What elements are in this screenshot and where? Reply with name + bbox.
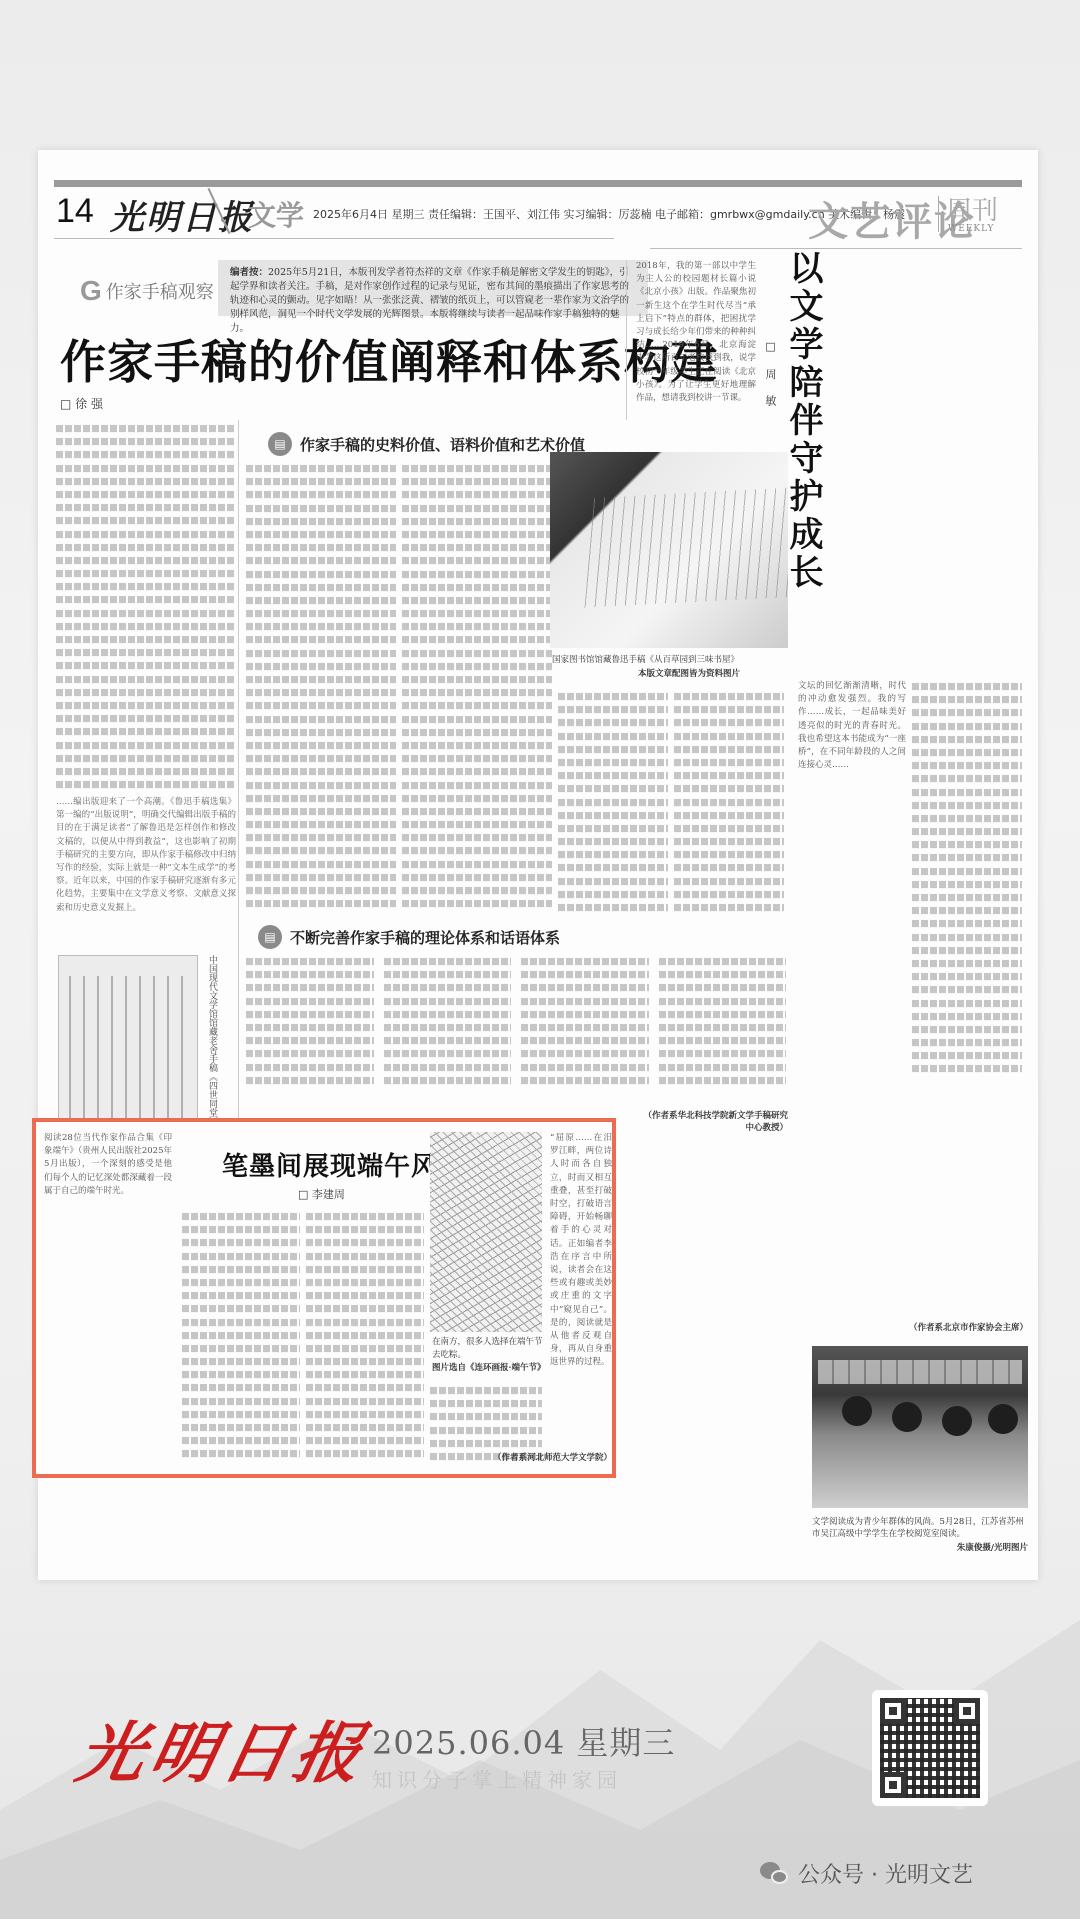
right-divider <box>626 260 627 420</box>
right-article-byline: □ 周 敏 <box>764 340 777 412</box>
column-tag: G 作家手稿观察 <box>80 275 214 307</box>
highlight-article-col-2 <box>182 1210 300 1466</box>
main-article-col-3 <box>402 462 552 917</box>
illustration-caption-text: 在南方，很多人选择在端午节去吃粽。 <box>432 1336 544 1362</box>
right-article-col-3 <box>912 680 1022 1240</box>
main-article-col-2 <box>246 462 396 917</box>
highlight-article-author-note: （作者系河北师范大学文学院） <box>476 1452 612 1464</box>
subhead-1: ▤ 作家手稿的史料价值、语料价值和艺术价值 <box>268 432 585 456</box>
highlight-article-col-5: “屈原……在汨罗江畔，两位诗人时而各自独立，时而又相互重叠，甚至打破时空，打破语… <box>550 1132 612 1442</box>
main-article-author-note: （作者系华北科技学院新文学手稿研究中心教授） <box>638 1110 788 1134</box>
highlight-article-title: 笔墨间展现端午风貌 <box>222 1146 465 1183</box>
footer-slogan: 知识分子掌上精神家园 <box>372 1764 622 1793</box>
section-name: 文学 <box>248 194 304 234</box>
highlight-article-frame: 阅读28位当代作家作品合集《印象端午》（贵州人民出版社2025年5月出版），一个… <box>32 1118 616 1478</box>
right-article-title: 以文学陪伴守护成长 <box>784 250 822 592</box>
highlight-article-byline: □ 李建周 <box>298 1186 345 1202</box>
editor-note-text: 2025年5月21日，本版刊发学者符杰祥的文章《作家手稿是解密文学发生的钥匙》，… <box>230 267 629 334</box>
book-icon: ▤ <box>258 925 282 949</box>
illustration-source: 图片选自《连环画报·端午节》 <box>432 1362 544 1375</box>
qr-finder-icon <box>880 1772 906 1798</box>
wechat-account[interactable]: 公众号 · 光明文艺 <box>760 1858 973 1889</box>
column-g-icon: G <box>80 275 102 307</box>
main-article-title: 作家手稿的价值阐释和体系构建 <box>60 326 718 392</box>
reading-students-photo <box>812 1346 1028 1508</box>
qr-finder-icon <box>880 1698 906 1724</box>
top-rule <box>54 180 1022 187</box>
wechat-icon <box>760 1862 790 1886</box>
footer-logo: 光明日报 <box>70 1700 378 1795</box>
highlight-article-col-3 <box>306 1210 424 1466</box>
highlight-article-lead: 阅读28位当代作家作品合集《印象端午》（贵州人民出版社2025年5月出版），一个… <box>44 1132 172 1466</box>
illustration-caption: 在南方，很多人选择在端午节去吃粽。 图片选自《连环画报·端午节》 <box>432 1336 544 1375</box>
main-article-section-2 <box>246 955 786 1105</box>
qr-pattern <box>880 1698 980 1798</box>
subhead-2-text: 不断完善作家手稿的理论体系和话语体系 <box>290 927 560 948</box>
reading-photo-caption: 文学阅读成为青少年群体的风尚。5月28日，江苏省苏州市吴江高级中学学生在学校阅览… <box>812 1516 1028 1540</box>
editor-note-label: 编者按： <box>230 267 268 278</box>
subhead-1-text: 作家手稿的史料价值、语料价值和艺术价值 <box>300 434 585 455</box>
brand-weekly-en: WEEKLY <box>948 224 994 234</box>
brand-divider <box>938 196 939 232</box>
main-article-excerpt: ……编出版迎来了一个高潮。《鲁迅手稿选集》第一编的“出版说明”，明确交代编辑出版… <box>56 796 236 936</box>
qr-finder-icon <box>954 1698 980 1724</box>
right-article-col-1: 2018年，我的第一部以中学生为主人公的校园题材长篇小说《北京小孩》出版。作品聚… <box>636 260 756 910</box>
book-icon: ▤ <box>268 432 292 456</box>
header-rule <box>54 238 614 239</box>
footer-date: 2025.06.04 星期三 <box>372 1718 675 1764</box>
main-article-col-1 <box>56 422 236 792</box>
right-article-col-2: 文坛的回忆渐渐清晰，时代的冲动愈发强烈。我的写作……成长，一起品味美好透亮似的时… <box>798 680 906 1240</box>
newspaper-page: 14 光明日报 文学 2025年6月4日 星期三 责任编辑：王国平、刘江伟 实习… <box>38 150 1038 1580</box>
page-number: 14 <box>56 192 94 231</box>
reading-photo-credit: 朱康俊摄/光明图片 <box>938 1542 1028 1554</box>
qr-code[interactable] <box>872 1690 988 1806</box>
column-tag-label: 作家手稿观察 <box>106 278 214 304</box>
header-rule-right <box>650 248 1022 249</box>
subhead-2: ▤ 不断完善作家手稿的理论体系和话语体系 <box>258 925 560 949</box>
masthead-logo: 光明日报 <box>110 190 254 239</box>
brand-weekly: 周刊 <box>946 190 998 227</box>
main-article-byline: □ 徐 强 <box>60 395 103 412</box>
wechat-label: 公众号 · 光明文艺 <box>798 1858 973 1889</box>
editor-note: 编者按：2025年5月21日，本版刊发学者符杰祥的文章《作家手稿是解密文学发生的… <box>218 260 648 316</box>
dragon-boat-illustration <box>430 1132 542 1332</box>
right-article-author-note: （作者系北京市作家协会主席） <box>878 1322 1028 1334</box>
